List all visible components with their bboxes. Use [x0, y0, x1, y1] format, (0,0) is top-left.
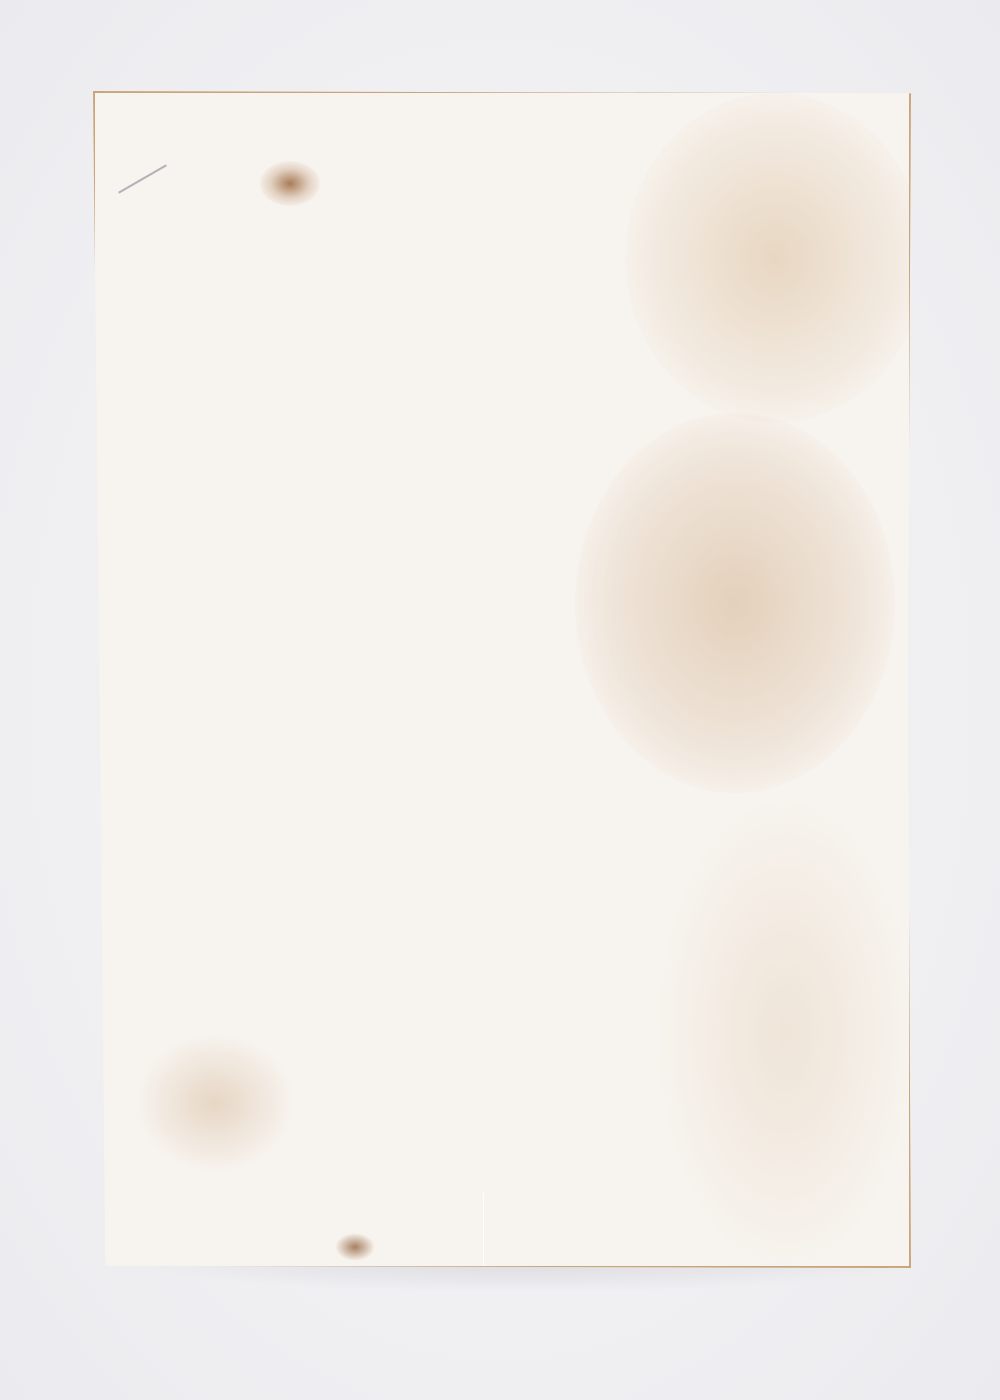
brown-spot-bottom — [335, 1233, 375, 1261]
foxing-stain-lower-right — [655, 793, 911, 1268]
aged-paper-sheet — [93, 91, 911, 1268]
foxing-stain-bottom-left — [135, 1033, 295, 1173]
pencil-scratch — [118, 164, 167, 193]
brown-spot-top-left — [260, 161, 320, 206]
foxing-stain-right-middle — [575, 413, 895, 793]
crease-line — [483, 1193, 484, 1268]
foxing-stain-top-right — [625, 93, 911, 423]
